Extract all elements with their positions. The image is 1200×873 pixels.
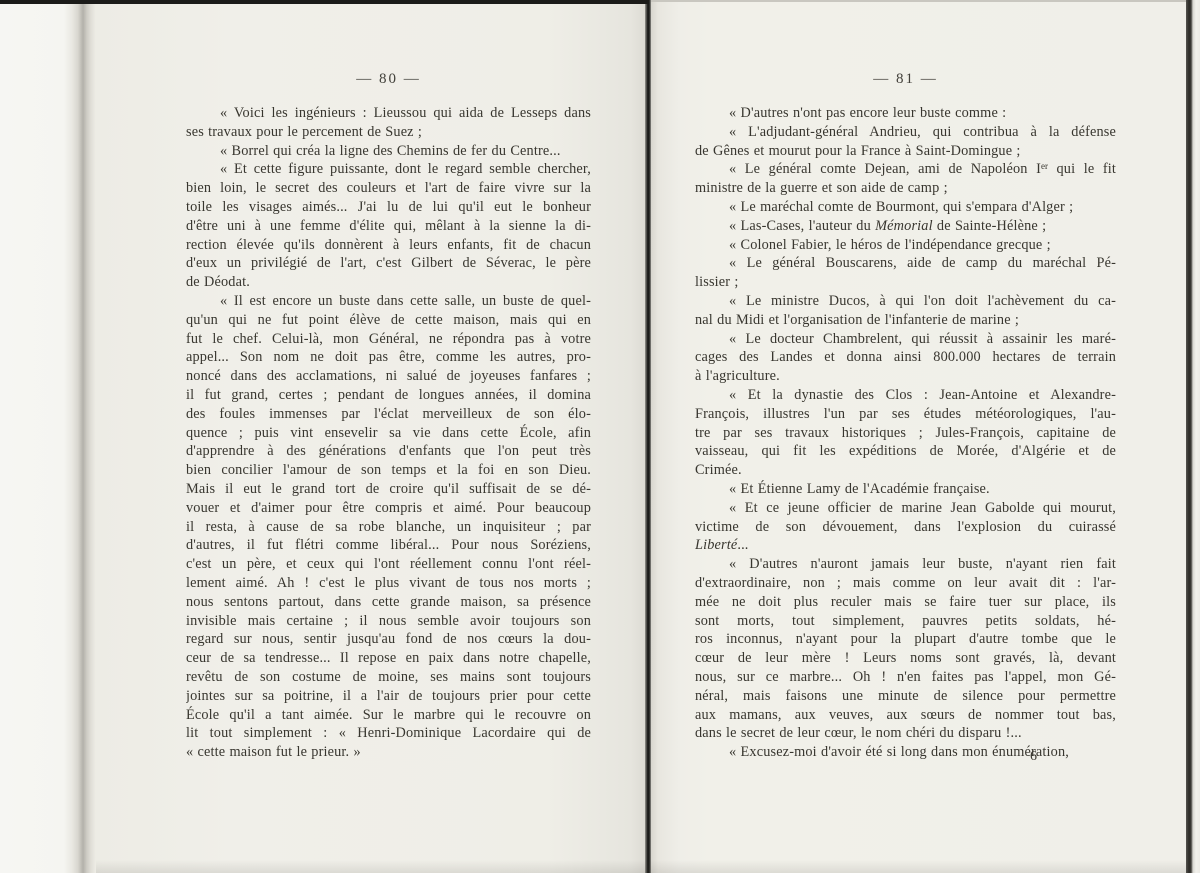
text-line: « Le général Bouscarens, aide de camp du…: [695, 254, 1116, 273]
top-edge-line: [651, 0, 1186, 2]
text-line: aux mamans, aux veuves, aux sœurs de nom…: [695, 706, 1116, 725]
text-line: sont morts, tout simplement, pauvres pet…: [695, 612, 1116, 631]
text-line: vouer et d'aimer pour être compris et ai…: [186, 499, 591, 518]
text-line: nal du Midi et l'organisation de l'infan…: [695, 311, 1116, 330]
text-line: revêtu de son costume de moine, ses main…: [186, 668, 591, 687]
text-line: d'eux un privilégié de l'art, c'est Gilb…: [186, 254, 591, 273]
text-line: ministre de la guerre et son aide de cam…: [695, 179, 1116, 198]
text-line: toile les visages aimés... J'ai lu de lu…: [186, 198, 591, 217]
text-line: « D'autres n'auront jamais leur buste, n…: [695, 555, 1116, 574]
text-line: « Le ministre Ducos, à qui l'on doit l'a…: [695, 292, 1116, 311]
text-line: « D'autres n'ont pas encore leur buste c…: [695, 104, 1116, 123]
signature-mark: 6: [1030, 749, 1037, 765]
text-line: « Et Étienne Lamy de l'Académie français…: [695, 480, 1116, 499]
text-line: d'extraordinaire, non ; mais comme on le…: [695, 574, 1116, 593]
text-line: il resta, à cause de sa robe blanche, un…: [186, 518, 591, 537]
text-line: « Voici les ingénieurs : Lieussou qui ai…: [186, 104, 591, 123]
top-edge-shadow: [0, 0, 649, 4]
bottom-shadow: [96, 860, 1186, 873]
text-line: « Excusez-moi d'avoir été si long dans m…: [695, 743, 1116, 762]
text-line: de Déodat.: [186, 273, 591, 292]
text-line: Liberté...: [695, 536, 1116, 555]
left-body-text: « Voici les ingénieurs : Lieussou qui ai…: [186, 104, 591, 762]
right-page-text: — 81 — « D'autres n'ont pas encore leur …: [695, 71, 1116, 762]
text-line: nous sentons partout, dans cette grande …: [186, 593, 591, 612]
text-line: regard sur nous, sentir jusqu'au fond de…: [186, 630, 591, 649]
text-line: « Le maréchal comte de Bourmont, qui s'e…: [695, 198, 1116, 217]
text-line: fut le chef. Celui-là, mon Général, ne r…: [186, 330, 591, 349]
text-line: « Et la dynastie des Clos : Jean-Antoine…: [695, 386, 1116, 405]
text-line: appel... Son nom ne doit pas être, comme…: [186, 348, 591, 367]
text-line: « L'adjudant-général Andrieu, qui contri…: [695, 123, 1116, 142]
text-line: « Il est encore un buste dans cette sall…: [186, 292, 591, 311]
text-line: lissier ;: [695, 273, 1116, 292]
text-line: vaisseau, qui fit les expéditions de Mor…: [695, 442, 1116, 461]
text-line: nous, sur ce marbre... Oh ! n'en faites …: [695, 668, 1116, 687]
text-line: des foules immenses par l'éclat merveill…: [186, 405, 591, 424]
right-page-edge: [1186, 0, 1200, 873]
text-line: bien loin, le secret des couleurs et l'a…: [186, 179, 591, 198]
text-line: quence ; puis vint ensevelir sa vie dans…: [186, 424, 591, 443]
text-line: François, illustres l'un par ses études …: [695, 405, 1116, 424]
text-line: d'être uni à une femme d'élite qui, mêla…: [186, 217, 591, 236]
text-line: d'apprendre à des générations d'enfants …: [186, 442, 591, 461]
book-scan: — 80 — « Voici les ingénieurs : Lieussou…: [0, 0, 1200, 873]
text-line: c'est un père, et ceux qui l'ont réellem…: [186, 555, 591, 574]
text-line: il fut grand, certes ; pendant de longue…: [186, 386, 591, 405]
left-page-text: — 80 — « Voici les ingénieurs : Lieussou…: [186, 71, 591, 762]
text-line: lit tout simplement : « Henri-Dominique …: [186, 724, 591, 743]
text-line: qu'un qui ne fut point élève de cette ma…: [186, 311, 591, 330]
text-line: ses travaux pour le percement de Suez ;: [186, 123, 591, 142]
text-line: de Gênes et mourut pour la France à Sain…: [695, 142, 1116, 161]
text-line: dans le secret de leur cœur, le nom chér…: [695, 724, 1116, 743]
text-line: d'autres, il fut flétri comme libéral...…: [186, 536, 591, 555]
text-line: noncé dans des acclamations, ni salué de…: [186, 367, 591, 386]
text-line: ceur de sa tendresse... Il repose en pai…: [186, 649, 591, 668]
text-line: Mais il eut le grand tort de croire qu'i…: [186, 480, 591, 499]
text-line: jointes sur sa poitrine, il a l'air de t…: [186, 687, 591, 706]
text-line: mée ne doit plus reculer mais se faire t…: [695, 593, 1116, 612]
text-line: tre par ses travaux historiques ; Jules-…: [695, 424, 1116, 443]
book-gutter: [645, 0, 651, 873]
text-line: « Borrel qui créa la ligne des Chemins d…: [186, 142, 591, 161]
text-line: bien concilier l'amour de son temps et l…: [186, 461, 591, 480]
page-number-left: — 80 —: [186, 71, 591, 91]
text-line: lement aimé. Ah ! c'est le plus vivant d…: [186, 574, 591, 593]
text-line: « Las-Cases, l'auteur du Mémorial de Sai…: [695, 217, 1116, 236]
text-line: « Le général comte Dejean, ami de Napolé…: [695, 160, 1116, 179]
text-line: rection élevée qu'ils donnèrent à leurs …: [186, 236, 591, 255]
text-line: « Le docteur Chambrelent, qui réussit à …: [695, 330, 1116, 349]
text-line: néral, mais faisons une minute de silenc…: [695, 687, 1116, 706]
page-edge-stack: [0, 0, 96, 873]
text-line: invisible mais certaine ; il nous semble…: [186, 612, 591, 631]
page-number-right: — 81 —: [695, 71, 1116, 91]
text-line: « Colonel Fabier, le héros de l'indépend…: [695, 236, 1116, 255]
text-line: victime de son dévouement, dans l'explos…: [695, 518, 1116, 537]
text-line: « Et cette figure puissante, dont le reg…: [186, 160, 591, 179]
right-body-text: « D'autres n'ont pas encore leur buste c…: [695, 104, 1116, 762]
text-line: École qu'il a tant aimée. Sur le marbre …: [186, 706, 591, 725]
text-line: cœur de leur mère ! Leurs noms sont grav…: [695, 649, 1116, 668]
text-line: ros inconnus, n'ayant pour la plupart d'…: [695, 630, 1116, 649]
text-line: « cette maison fut le prieur. »: [186, 743, 591, 762]
text-line: « Et ce jeune officier de marine Jean Ga…: [695, 499, 1116, 518]
text-line: Crimée.: [695, 461, 1116, 480]
text-line: à l'agriculture.: [695, 367, 1116, 386]
text-line: cages des Landes et donna ainsi 800.000 …: [695, 348, 1116, 367]
